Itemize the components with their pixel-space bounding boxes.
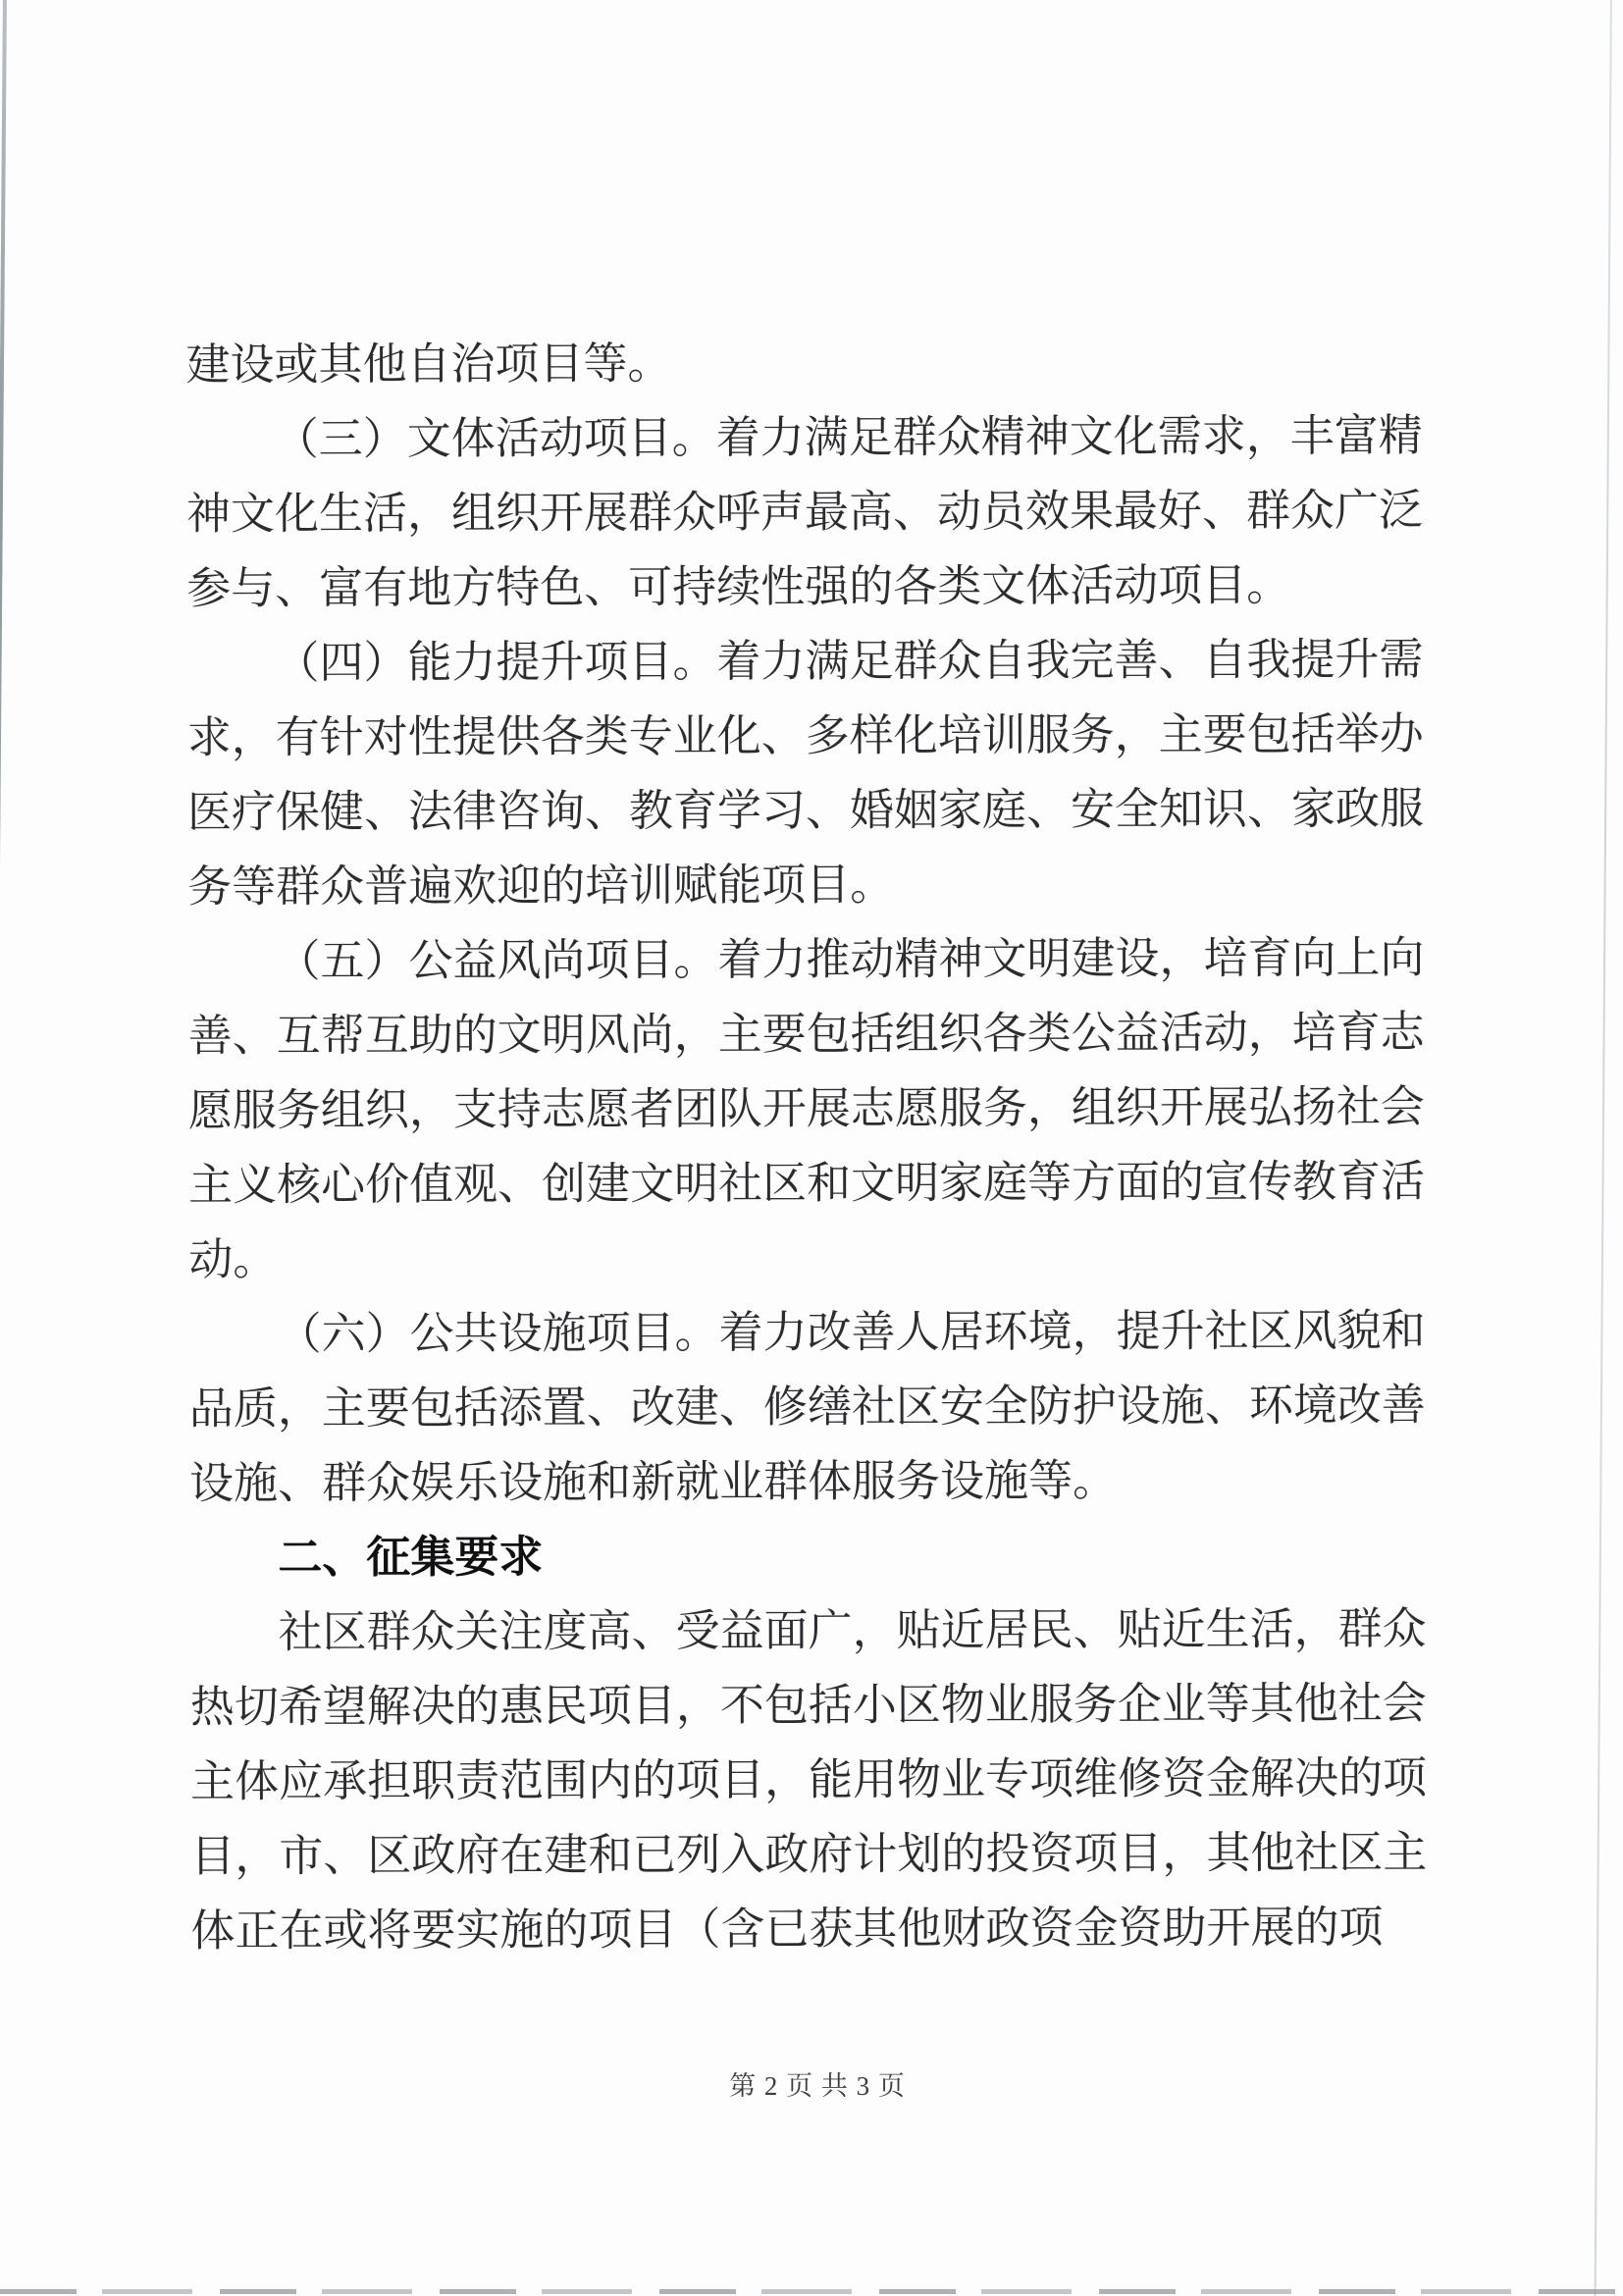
text-line: 热切希望解决的惠民项目，不包括小区物业服务企业等其他社会: [190, 1666, 1429, 1745]
text-line: 体正在或将要实施的项目（含已获其他财政资金资助开展的项: [190, 1890, 1429, 1968]
text-line: 目，市、区政府在建和已列入政府计划的投资项目，其他社区主: [190, 1815, 1429, 1894]
text-line: 神文化生活，组织开展群众呼声最高、动员效果最好、群众广泛: [186, 473, 1425, 551]
text-line: 医疗保健、法律咨询、教育学习、婚姻家庭、安全知识、家政服: [187, 771, 1426, 850]
text-line: （四）能力提升项目。着力满足群众自我完善、自我提升需: [186, 622, 1425, 701]
text-line: 善、互帮互助的文明风尚，主要包括组织各类公益活动，培育志: [188, 995, 1427, 1073]
text-line: 主义核心价值观、创建文明社区和文明家庭等方面的宣传教育活: [188, 1144, 1427, 1223]
text-line: 务等群众普遍欢迎的培训赋能项目。: [187, 846, 1426, 924]
scan-artifact-bottom-edge: [0, 2289, 1623, 2294]
text-line: 社区群众关注度高、受益面广，贴近居民、贴近生活，群众: [189, 1592, 1428, 1670]
scan-artifact-left-edge: [0, 0, 7, 2296]
text-line: 参与、富有地方特色、可持续性强的各类文体活动项目。: [186, 548, 1425, 626]
text-line: 品质，主要包括添置、改建、修缮社区安全防护设施、环境改善: [189, 1368, 1428, 1446]
text-line: 设施、群众娱乐设施和新就业群体服务设施等。: [189, 1442, 1428, 1521]
text-line: 求，有针对性提供各类专业化、多样化培训服务，主要包括举办: [187, 697, 1426, 775]
text-line: （三）文体活动项目。着力满足群众精神文化需求，丰富精: [186, 398, 1425, 477]
text-line: 愿服务组织，支持志愿者团队开展志愿服务，组织开展弘扬社会: [188, 1070, 1427, 1148]
text-line: 主体应承担职责范围内的项目，能用物业专项维修资金解决的项: [190, 1741, 1429, 1819]
text-line: 建设或其他自治项目等。: [185, 324, 1424, 402]
text-line: 动。: [188, 1219, 1427, 1297]
scan-artifact-right-edge: [1595, 0, 1612, 2296]
document-page: 建设或其他自治项目等。（三）文体活动项目。着力满足群众精神文化需求，丰富精神文化…: [0, 0, 1623, 2296]
page-footer: 第 2 页 共 3 页: [6, 2066, 1623, 2106]
text-line: （六）公共设施项目。着力改善人居环境，提升社区风貌和: [188, 1293, 1427, 1372]
document-body: 建设或其他自治项目等。（三）文体活动项目。着力满足群众精神文化需求，丰富精神文化…: [185, 324, 1429, 1968]
section-heading: 二、征集要求: [189, 1517, 1428, 1595]
text-line: （五）公益风尚项目。着力推动精神文明建设，培育向上向: [187, 920, 1426, 999]
